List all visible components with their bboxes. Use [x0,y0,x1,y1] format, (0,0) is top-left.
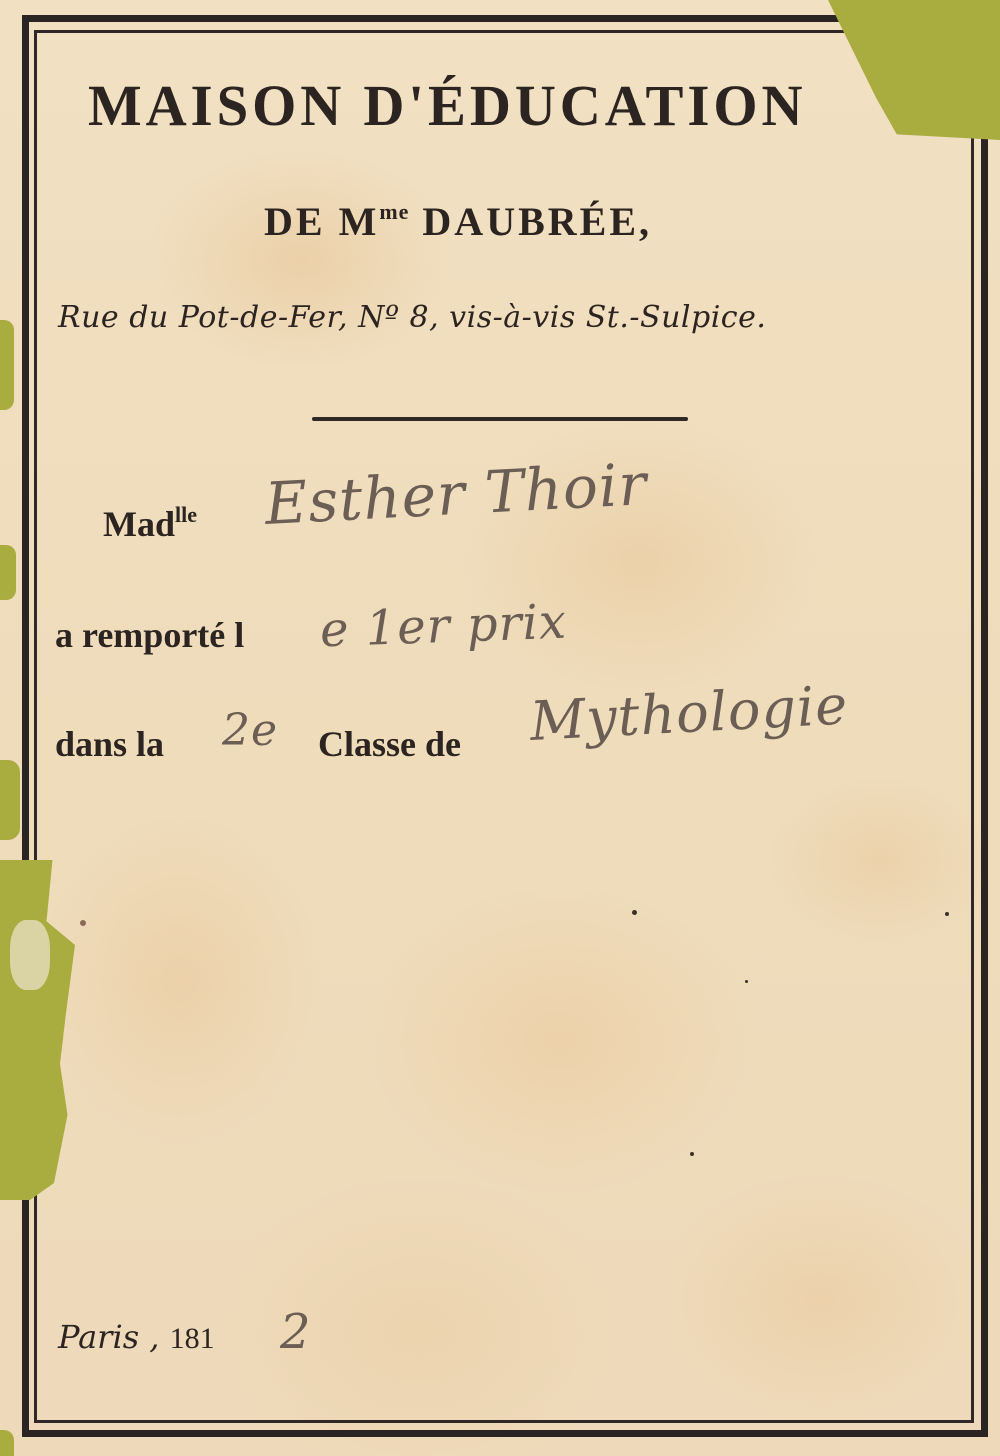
stain-spot [80,920,86,926]
ink-speck [690,1152,694,1156]
place-text: Paris , [58,1318,159,1356]
proprietor-line: DE Mme DAUBRÉE, [264,198,652,245]
year-printed: 181 [170,1322,215,1355]
ink-speck [745,980,748,983]
recipient-label-text: Mad [103,504,175,544]
proprietor-prefix: DE M [264,199,379,244]
award-handwritten: e 1er prix [319,594,568,659]
award-label: a remporté l [55,614,244,656]
ink-speck [632,910,637,915]
class-label-suffix: Classe de [318,723,461,765]
ink-speck [945,912,949,916]
address-line: Rue du Pot-de-Fer, Nº 8, vis-à-vis St.-S… [58,300,766,335]
backing-patch [0,760,20,840]
proprietor-superscript: me [379,199,409,224]
institution-title: MAISON D'ÉDUCATION [88,72,806,139]
class-label-prefix: dans la [55,723,164,765]
recipient-label-superscript: lle [175,502,197,527]
proprietor-name: DAUBRÉE, [409,199,652,244]
backing-patch [0,545,16,600]
year-handwritten: 2 [280,1304,312,1360]
header-divider [312,417,688,421]
backing-patch [0,1430,14,1456]
place-date-line: Paris , 181 [58,1318,215,1356]
class-handwritten: 2e [222,705,278,756]
recipient-label: Madlle [103,502,197,545]
backing-patch [0,320,14,410]
